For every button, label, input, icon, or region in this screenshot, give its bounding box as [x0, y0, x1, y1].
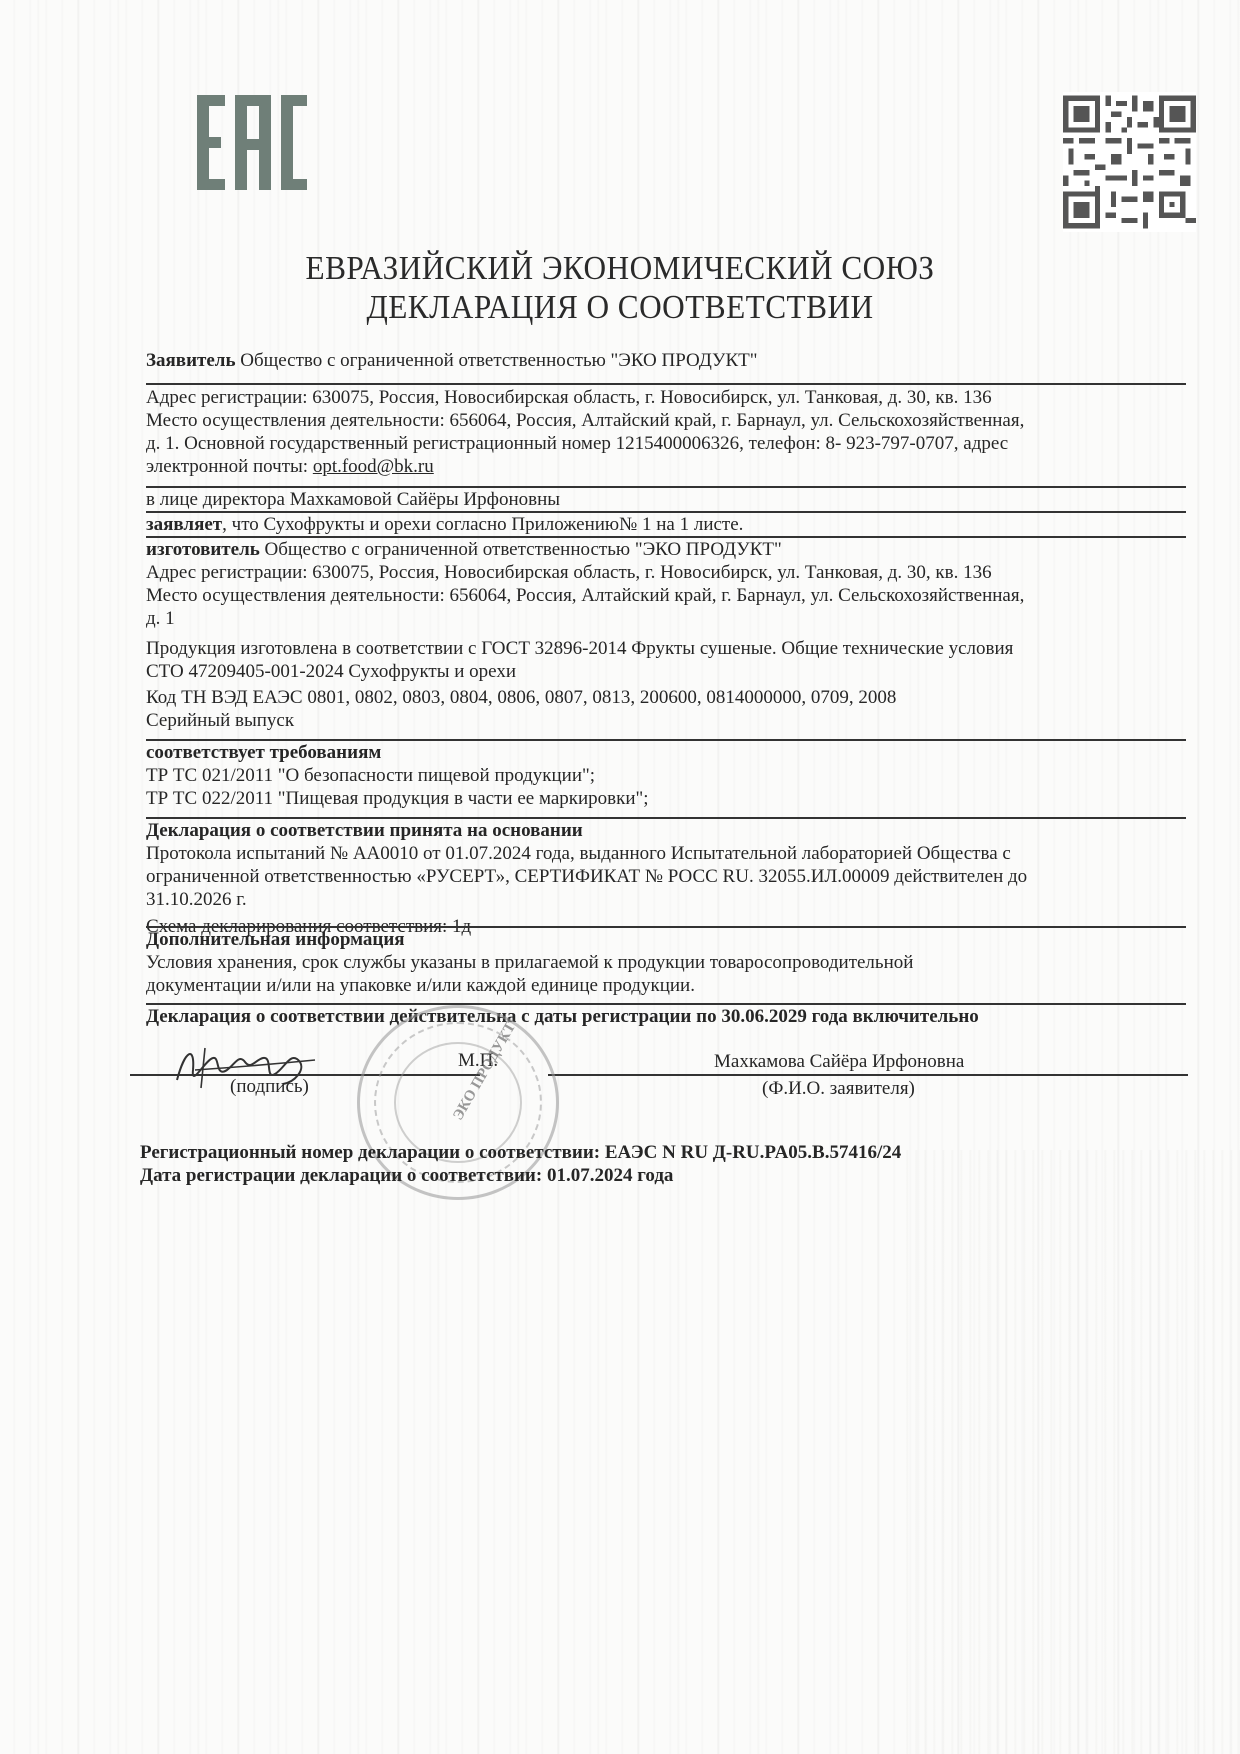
- manufacturer-tn-ved: Код ТН ВЭД ЕАЭС 0801, 0802, 0803, 0804, …: [146, 686, 1186, 709]
- divider: [146, 383, 1186, 385]
- requirements-section: соответствует требованиям ТР ТС 021/2011…: [146, 741, 1186, 810]
- basis-line-2: ограниченной ответственностью «РУСЕРТ», …: [146, 865, 1186, 888]
- applicant-details: Адрес регистрации: 630075, Россия, Новос…: [146, 386, 1186, 478]
- qr-code-icon: [1063, 92, 1196, 232]
- title-union: ЕВРАЗИЙСКИЙ ЭКОНОМИЧЕСКИЙ СОЮЗ: [50, 250, 1191, 288]
- requirement-item: ТР ТС 021/2011 "О безопасности пищевой п…: [146, 764, 1186, 787]
- registration-section: Регистрационный номер декларации о соотв…: [140, 1141, 1180, 1187]
- additional-line-1: Условия хранения, срок службы указаны в …: [146, 951, 1186, 974]
- title-declaration: ДЕКЛАРАЦИЯ О СООТВЕТСТВИИ: [50, 289, 1191, 327]
- manufacturer-activity-1: Место осуществления деятельности: 656064…: [146, 584, 1186, 607]
- applicant-reg-address: Адрес регистрации: 630075, Россия, Новос…: [146, 386, 1186, 409]
- additional-label: Дополнительная информация: [146, 928, 1186, 951]
- basis-section: Декларация о соответствии принята на осн…: [146, 819, 1186, 938]
- scan-noise-right: [900, 1150, 1240, 1754]
- applicant-name: Общество с ограниченной ответственностью…: [236, 350, 758, 371]
- requirement-item: ТР ТС 022/2011 "Пищевая продукция в част…: [146, 787, 1186, 810]
- declares-text: , что Сухофрукты и орехи согласно Прилож…: [222, 514, 743, 535]
- requirements-label: соответствует требованиям: [146, 741, 1186, 764]
- manufacturer-section: изготовитель Общество с ограниченной отв…: [146, 538, 1186, 732]
- email-link[interactable]: opt.food@bk.ru: [313, 456, 434, 477]
- declares-label: заявляет: [146, 514, 222, 535]
- manufacturer-standard-1: Продукция изготовлена в соответствии с Г…: [146, 637, 1186, 660]
- basis-line-3: 31.10.2026 г.: [146, 888, 1186, 911]
- validity-text: Декларация о соответствии действительна …: [146, 1005, 1186, 1028]
- validity-section: Декларация о соответствии действительна …: [146, 1005, 1186, 1028]
- email-prefix: электронной почты:: [146, 456, 313, 477]
- manufacturer-line: изготовитель Общество с ограниченной отв…: [146, 538, 1186, 561]
- applicant-signer-name: Махкамова Сайёра Ирфоновна: [714, 1051, 964, 1073]
- applicant-activity-2: д. 1. Основной государственный регистрац…: [146, 432, 1186, 455]
- name-line: [548, 1074, 1188, 1076]
- manufacturer-label: изготовитель: [146, 539, 260, 560]
- manufacturer-release: Серийный выпуск: [146, 709, 1186, 732]
- additional-section: Дополнительная информация Условия хранен…: [146, 928, 1186, 997]
- applicant-activity-1: Место осуществления деятельности: 656064…: [146, 409, 1186, 432]
- eac-letter-e: [197, 95, 223, 190]
- manufacturer-name: Общество с ограниченной ответственностью…: [260, 539, 782, 560]
- applicant-label: Заявитель: [146, 350, 236, 371]
- signature-caption: (подпись): [230, 1076, 309, 1098]
- additional-line-2: документации и/или на упаковке и/или каж…: [146, 974, 1186, 997]
- declares-line: заявляет, что Сухофрукты и орехи согласн…: [146, 513, 1186, 536]
- registration-date: Дата регистрации декларации о соответств…: [140, 1164, 1180, 1187]
- representative-section: в лице директора Махкамовой Сайёры Ирфон…: [146, 488, 1186, 511]
- basis-line-1: Протокола испытаний № АА0010 от 01.07.20…: [146, 842, 1186, 865]
- registration-number: Регистрационный номер декларации о соотв…: [140, 1141, 1180, 1164]
- applicant-section: Заявитель Общество с ограниченной ответс…: [146, 349, 1186, 372]
- declares-section: заявляет, что Сухофрукты и орехи согласн…: [146, 513, 1186, 536]
- eac-letter-c: [281, 95, 307, 190]
- manufacturer-activity-2: д. 1: [146, 607, 1186, 630]
- applicant-email-line: электронной почты: opt.food@bk.ru: [146, 455, 1186, 478]
- basis-label: Декларация о соответствии принята на осн…: [146, 819, 1186, 842]
- manufacturer-reg-address: Адрес регистрации: 630075, Россия, Новос…: [146, 561, 1186, 584]
- applicant-signer-caption: (Ф.И.О. заявителя): [762, 1078, 915, 1100]
- representative-text: в лице директора Махкамовой Сайёры Ирфон…: [146, 488, 1186, 511]
- applicant-line: Заявитель Общество с ограниченной ответс…: [146, 349, 1186, 372]
- eac-letter-a: [235, 95, 269, 190]
- manufacturer-standard-2: СТО 47209405-001-2024 Сухофрукты и орехи: [146, 660, 1186, 683]
- eac-logo-icon: [197, 95, 307, 190]
